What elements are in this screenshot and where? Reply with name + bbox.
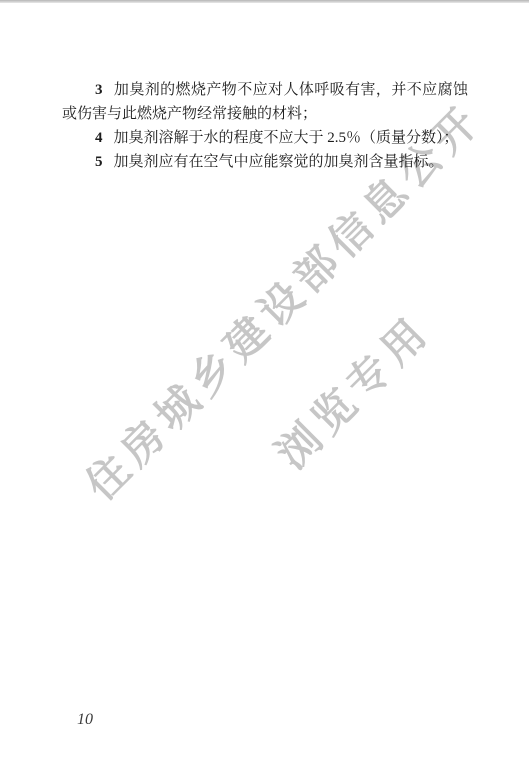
clause-text: 加臭剂溶解于水的程度不应大于 2.5％（质量分数）； [114,130,459,146]
clause-item-3: 3加臭剂的燃烧产物不应对人体呼吸有害，并不应腐蚀或伤害与此燃烧产物经常接触的材料… [62,78,468,126]
clause-number: 5 [95,154,103,170]
clause-text: 加臭剂的燃烧产物不应对人体呼吸有害，并不应腐蚀或伤害与此燃烧产物经常接触的材料； [62,82,468,122]
clause-item-4: 4加臭剂溶解于水的程度不应大于 2.5％（质量分数）； [62,126,468,150]
clause-item-5: 5加臭剂应有在空气中应能察觉的加臭剂含量指标。 [62,150,468,174]
page-top-edge-shadow [0,0,529,3]
clause-text: 加臭剂应有在空气中应能察觉的加臭剂含量指标。 [114,154,444,170]
document-page: 住房城乡建设部信息公开 浏览专用 3加臭剂的燃烧产物不应对人体呼吸有害，并不应腐… [0,0,529,766]
page-number: 10 [77,711,93,729]
clause-number: 3 [95,82,103,98]
clause-number: 4 [95,130,103,146]
watermark-line-2: 浏览专用 [261,299,442,480]
body-text: 3加臭剂的燃烧产物不应对人体呼吸有害，并不应腐蚀或伤害与此燃烧产物经常接触的材料… [62,78,468,174]
